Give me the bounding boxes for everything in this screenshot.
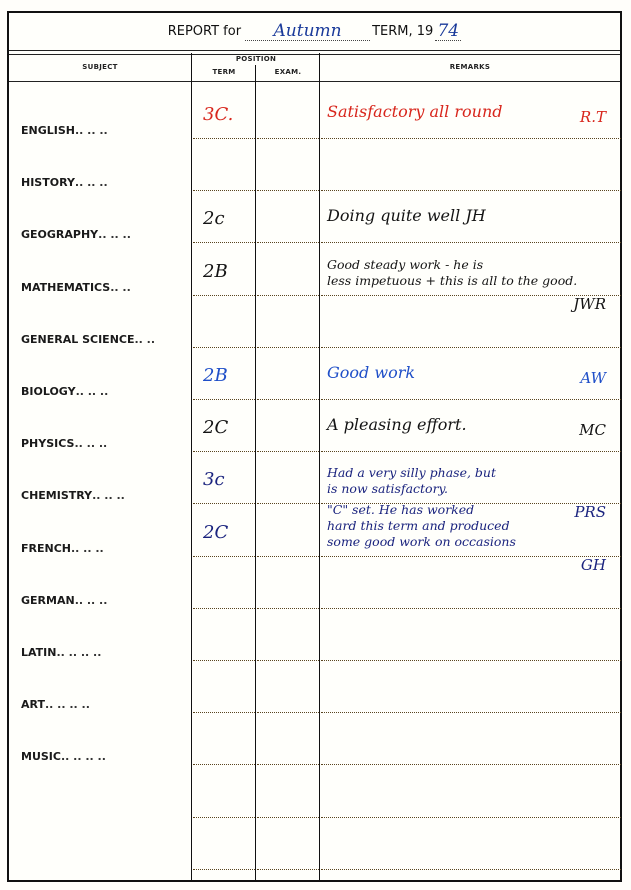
header-divider — [9, 81, 620, 82]
remark-text[interactable]: Satisfactory all round — [327, 104, 503, 120]
position-header: POSITION — [192, 54, 320, 65]
teacher-initials: PRS — [574, 503, 606, 521]
term-position[interactable]: 2C — [203, 522, 228, 543]
row-rule-remarks — [321, 660, 621, 661]
remarks-header: REMARKS — [320, 53, 620, 81]
term-position[interactable]: 2B — [203, 261, 228, 282]
leader-dots: .. .. .. — [75, 124, 191, 137]
remark-text[interactable]: A pleasing effort. — [327, 417, 467, 433]
exam-column-border — [255, 65, 256, 880]
subject-label: HISTORY .. .. .. — [21, 176, 191, 189]
row-rule-exam — [257, 556, 319, 557]
leader-dots: .. .. .. — [75, 594, 191, 607]
row-rule-term — [193, 660, 255, 661]
subject-name: MATHEMATICS — [21, 281, 110, 294]
row-rule-term — [193, 451, 255, 452]
row-rule-remarks — [321, 399, 621, 400]
row-rule-remarks — [321, 451, 621, 452]
remark-text[interactable]: Doing quite well JH — [327, 208, 486, 224]
subject-label: LATIN .. .. .. .. — [21, 646, 191, 659]
subject-name: CHEMISTRY — [21, 489, 92, 502]
subject-label: ART .. .. .. .. — [21, 698, 191, 711]
row-rule-term — [193, 869, 255, 870]
subject-label: FRENCH .. .. .. — [21, 542, 191, 555]
leader-dots: .. .. — [110, 281, 191, 294]
row-rule-exam — [257, 451, 319, 452]
subject-label: CHEMISTRY .. .. .. — [21, 489, 191, 502]
title-mid: TERM, 19 — [372, 24, 433, 39]
leader-dots: .. .. .. — [75, 176, 191, 189]
row-rule-remarks — [321, 138, 621, 139]
teacher-initials: GH — [581, 556, 606, 574]
row-rule-remarks — [321, 608, 621, 609]
row-rule-remarks — [321, 817, 621, 818]
term-position[interactable]: 3C. — [203, 104, 233, 125]
leader-dots: .. .. .. .. — [45, 698, 191, 711]
leader-dots: .. .. .. — [76, 385, 191, 398]
row-rule-term — [193, 817, 255, 818]
year-field[interactable]: 74 — [435, 22, 461, 41]
row-rule-remarks — [321, 190, 621, 191]
subject-name: GEOGRAPHY — [21, 228, 98, 241]
term-name-field[interactable]: Autumn — [245, 22, 370, 41]
teacher-initials: AW — [580, 369, 606, 387]
subject-label: GEOGRAPHY .. .. .. — [21, 228, 191, 241]
row-rule-exam — [257, 503, 319, 504]
exam-header: EXAM. — [256, 66, 320, 78]
row-rule-exam — [257, 817, 319, 818]
report-card: REPORT for Autumn TERM, 19 74 SUBJECT PO… — [7, 11, 622, 882]
leader-dots: .. .. — [134, 333, 191, 346]
term-position[interactable]: 2B — [203, 365, 228, 386]
subject-label: PHYSICS .. .. .. — [21, 437, 191, 450]
row-rule-term — [193, 608, 255, 609]
row-rule-term — [193, 242, 255, 243]
row-rule-exam — [257, 295, 319, 296]
remark-text[interactable]: less impetuous + this is all to the good… — [327, 273, 577, 289]
row-rule-term — [193, 399, 255, 400]
term-header: TERM — [192, 66, 256, 78]
remark-text[interactable]: some good work on occasions — [327, 534, 516, 550]
teacher-initials: MC — [579, 421, 606, 439]
remark-text[interactable]: Good work — [327, 365, 415, 381]
teacher-initials: R.T — [580, 108, 606, 126]
subject-name: FRENCH — [21, 542, 71, 555]
leader-dots: .. .. .. — [71, 542, 191, 555]
subject-name: BIOLOGY — [21, 385, 76, 398]
term-position[interactable]: 3c — [203, 469, 225, 490]
subject-header: SUBJECT — [9, 53, 191, 81]
subject-label: GENERAL SCIENCE .. .. — [21, 333, 191, 346]
row-rule-exam — [257, 347, 319, 348]
row-rule-term — [193, 190, 255, 191]
subject-name: GERMAN — [21, 594, 75, 607]
remark-text[interactable]: is now satisfactory. — [327, 481, 448, 497]
row-rule-remarks — [321, 347, 621, 348]
subject-label: BIOLOGY .. .. .. — [21, 385, 191, 398]
row-rule-exam — [257, 399, 319, 400]
subject-label: MATHEMATICS .. .. — [21, 281, 191, 294]
row-rule-remarks — [321, 556, 621, 557]
subject-name: ART — [21, 698, 45, 711]
row-rule-remarks — [321, 242, 621, 243]
row-rule-remarks — [321, 869, 621, 870]
term-column-border — [191, 53, 192, 880]
remark-text[interactable]: Had a very silly phase, but — [327, 465, 496, 481]
row-rule-exam — [257, 138, 319, 139]
remark-text[interactable]: "C" set. He has worked — [327, 502, 474, 518]
row-rule-exam — [257, 660, 319, 661]
subject-label: GERMAN .. .. .. — [21, 594, 191, 607]
leader-dots: .. .. .. .. — [56, 646, 191, 659]
subject-label: MUSIC .. .. .. .. — [21, 750, 191, 763]
subject-name: PHYSICS — [21, 437, 74, 450]
subject-name: ENGLISH — [21, 124, 75, 137]
leader-dots: .. .. .. .. — [61, 750, 191, 763]
leader-dots: .. .. .. — [98, 228, 191, 241]
remarks-column-border — [319, 53, 320, 880]
row-rule-term — [193, 295, 255, 296]
subject-name: MUSIC — [21, 750, 61, 763]
term-position[interactable]: 2C — [203, 417, 228, 438]
row-rule-term — [193, 138, 255, 139]
leader-dots: .. .. .. — [74, 437, 191, 450]
row-rule-exam — [257, 712, 319, 713]
row-rule-exam — [257, 608, 319, 609]
row-rule-term — [193, 503, 255, 504]
term-position[interactable]: 2c — [203, 208, 225, 229]
subject-name: HISTORY — [21, 176, 75, 189]
row-rule-exam — [257, 869, 319, 870]
report-title: REPORT for Autumn TERM, 19 74 — [9, 13, 620, 49]
row-rule-term — [193, 556, 255, 557]
remark-text[interactable]: hard this term and produced — [327, 518, 510, 534]
row-rule-term — [193, 764, 255, 765]
row-rule-remarks — [321, 764, 621, 765]
subject-label: ENGLISH .. .. .. — [21, 124, 191, 137]
row-rule-remarks — [321, 712, 621, 713]
row-rule-term — [193, 347, 255, 348]
row-rule-exam — [257, 190, 319, 191]
row-rule-exam — [257, 764, 319, 765]
row-rule-term — [193, 712, 255, 713]
subject-name: GENERAL SCIENCE — [21, 333, 134, 346]
subject-name: LATIN — [21, 646, 56, 659]
leader-dots: .. .. .. — [92, 489, 191, 502]
remark-text[interactable]: Good steady work - he is — [327, 257, 483, 273]
title-prefix: REPORT for — [168, 24, 241, 39]
teacher-initials: JWR — [573, 295, 606, 313]
row-rule-exam — [257, 242, 319, 243]
